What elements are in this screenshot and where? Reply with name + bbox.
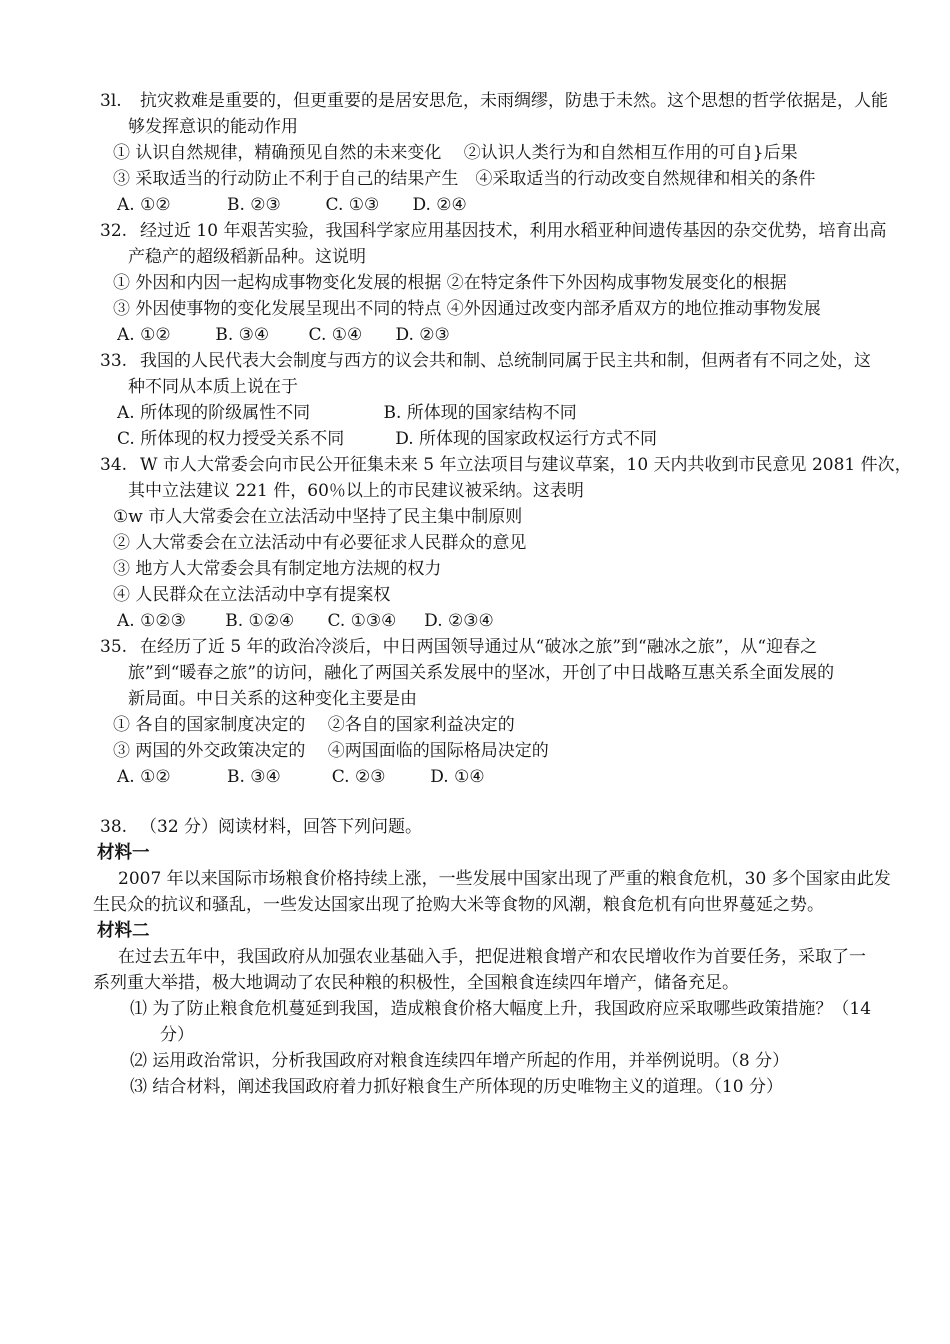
question-stem-line: 新局面。中日关系的这种变化主要是由 (93, 686, 913, 712)
question-stem-line: 旅”到“暖春之旅”的访问，融化了两国关系发展中的坚冰，开创了中日战略互惠关系全面… (93, 660, 913, 686)
exam-page: 3l.抗灾救难是重要的，但更重要的是居安思危，未雨绸缪，防患于未然。这个思想的哲… (0, 0, 950, 1344)
question-choice-items: ③ 地方人大常委会具有制定地方法规的权力 (93, 556, 913, 582)
question-number: 34. (100, 452, 140, 478)
question-stem-text: 我国的人民代表大会制度与西方的议会共和制、总统制同属于民主共和制，但两者有不同之… (140, 351, 871, 371)
question-choice-items: ① 外因和内因一起构成事物变化发展的根据 ②在特定条件下外因构成事物发展变化的根… (93, 270, 913, 296)
question-31: 3l.抗灾救难是重要的，但更重要的是居安思危，未雨绸缪，防患于未然。这个思想的哲… (93, 88, 913, 218)
question-number: 3l. (100, 88, 140, 114)
subquestion-1-line: ⑴ 为了防止粮食危机蔓延到我国，造成粮食价格大幅度上升，我国政府应采取哪些政策措… (93, 996, 913, 1022)
material-1-label: 材料一 (93, 840, 913, 866)
question-33: 33.我国的人民代表大会制度与西方的议会共和制、总统制同属于民主共和制，但两者有… (93, 348, 913, 452)
material-1-paragraph-line: 生民众的抗议和骚乱，一些发达国家出现了抢购大米等食物的风潮，粮食危机有向世界蔓延… (93, 892, 913, 918)
question-stem-text: 经过近 10 年艰苦实验，我国科学家应用基因技术，利用水稻亚种间遗传基因的杂交优… (140, 221, 886, 241)
subquestion-3-line: ⑶ 结合材料，阐述我国政府着力抓好粮食生产所体现的历史唯物主义的道理。（10 分… (93, 1074, 913, 1100)
question-choice-items: ④ 人民群众在立法活动中享有提案权 (93, 582, 913, 608)
question-35: 35.在经历了近 5 年的政治冷淡后，中日两国领导通过从“破冰之旅”到“融冰之旅… (93, 634, 913, 790)
question-stem-line: 3l.抗灾救难是重要的，但更重要的是居安思危，未雨绸缪，防患于未然。这个思想的哲… (93, 88, 913, 114)
subquestion-1-line: 分） (93, 1022, 913, 1048)
question-choice-items: ② 人大常委会在立法活动中有必要征求人民群众的意见 (93, 530, 913, 556)
question-number: 32. (100, 218, 140, 244)
question-stem-line: 其中立法建议 221 件，60％以上的市民建议被采纳。这表明 (93, 478, 913, 504)
question-38: 38.（32 分）阅读材料，回答下列问题。 材料一 2007 年以来国际市场粮食… (93, 814, 913, 1100)
question-number: 33. (100, 348, 140, 374)
question-options: A. ①② B. ②③ C. ①③ D. ②④ (93, 192, 913, 218)
question-choice-items: ③ 采取适当的行动防止不利于自己的结果产生 ④采取适当的行动改变自然规律和相关的… (93, 166, 913, 192)
material-1-paragraph-line: 2007 年以来国际市场粮食价格持续上涨，一些发展中国家出现了严重的粮食危机，3… (93, 866, 913, 892)
question-choice-items: ①w 市人大常委会在立法活动中坚持了民主集中制原则 (93, 504, 913, 530)
question-intro-text: （32 分）阅读材料，回答下列问题。 (140, 817, 422, 837)
question-32: 32.经过近 10 年艰苦实验，我国科学家应用基因技术，利用水稻亚种间遗传基因的… (93, 218, 913, 348)
question-stem-text: 抗灾救难是重要的，但更重要的是居安思危，未雨绸缪，防患于未然。这个思想的哲学依据… (140, 91, 888, 111)
question-stem-line: 32.经过近 10 年艰苦实验，我国科学家应用基因技术，利用水稻亚种间遗传基因的… (93, 218, 913, 244)
question-stem-line: 35.在经历了近 5 年的政治冷淡后，中日两国领导通过从“破冰之旅”到“融冰之旅… (93, 634, 913, 660)
question-stem-line: 34.W 市人大常委会向市民公开征集未来 5 年立法项目与建议草案，10 天内共… (93, 452, 913, 478)
question-intro-line: 38.（32 分）阅读材料，回答下列问题。 (93, 814, 913, 840)
question-stem-text: W 市人大常委会向市民公开征集未来 5 年立法项目与建议草案，10 天内共收到市… (140, 455, 912, 475)
question-stem-line: 种不同从本质上说在于 (93, 374, 913, 400)
question-choice-items: ① 认识自然规律，精确预见自然的未来变化 ②认识人类行为和自然相互作用的可自}后… (93, 140, 913, 166)
exam-content: 3l.抗灾救难是重要的，但更重要的是居安思危，未雨绸缪，防患于未然。这个思想的哲… (93, 88, 913, 1100)
question-stem-text: 在经历了近 5 年的政治冷淡后，中日两国领导通过从“破冰之旅”到“融冰之旅”，从… (140, 637, 817, 657)
question-number: 38. (100, 814, 140, 840)
question-number: 35. (100, 634, 140, 660)
question-options: A. ①② B. ③④ C. ①④ D. ②③ (93, 322, 913, 348)
material-2-paragraph-line: 系列重大举措，极大地调动了农民种粮的积极性，全国粮食连续四年增产，储备充足。 (93, 970, 913, 996)
question-stem-line: 够发挥意识的能动作用 (93, 114, 913, 140)
question-choice-items: ③ 外因使事物的变化发展呈现出不同的特点 ④外因通过改变内部矛盾双方的地位推动事… (93, 296, 913, 322)
material-2-paragraph-line: 在过去五年中，我国政府从加强农业基础入手，把促进粮食增产和农民增收作为首要任务，… (93, 944, 913, 970)
question-stem-line: 33.我国的人民代表大会制度与西方的议会共和制、总统制同属于民主共和制，但两者有… (93, 348, 913, 374)
subquestion-2-line: ⑵ 运用政治常识，分析我国政府对粮食连续四年增产所起的作用，并举例说明。（8 分… (93, 1048, 913, 1074)
question-options: A. ①②③ B. ①②④ C. ①③④ D. ②③④ (93, 608, 913, 634)
question-options: C. 所体现的权力授受关系不同 D. 所体现的国家政权运行方式不同 (93, 426, 913, 452)
question-choice-items: ① 各自的国家制度决定的 ②各自的国家利益决定的 (93, 712, 913, 738)
material-2-label: 材料二 (93, 918, 913, 944)
question-options: A. 所体现的阶级属性不同 B. 所体现的国家结构不同 (93, 400, 913, 426)
question-choice-items: ③ 两国的外交政策决定的 ④两国面临的国际格局决定的 (93, 738, 913, 764)
question-stem-line: 产稳产的超级稻新品种。这说明 (93, 244, 913, 270)
question-34: 34.W 市人大常委会向市民公开征集未来 5 年立法项目与建议草案，10 天内共… (93, 452, 913, 634)
question-options: A. ①② B. ③④ C. ②③ D. ①④ (93, 764, 913, 790)
